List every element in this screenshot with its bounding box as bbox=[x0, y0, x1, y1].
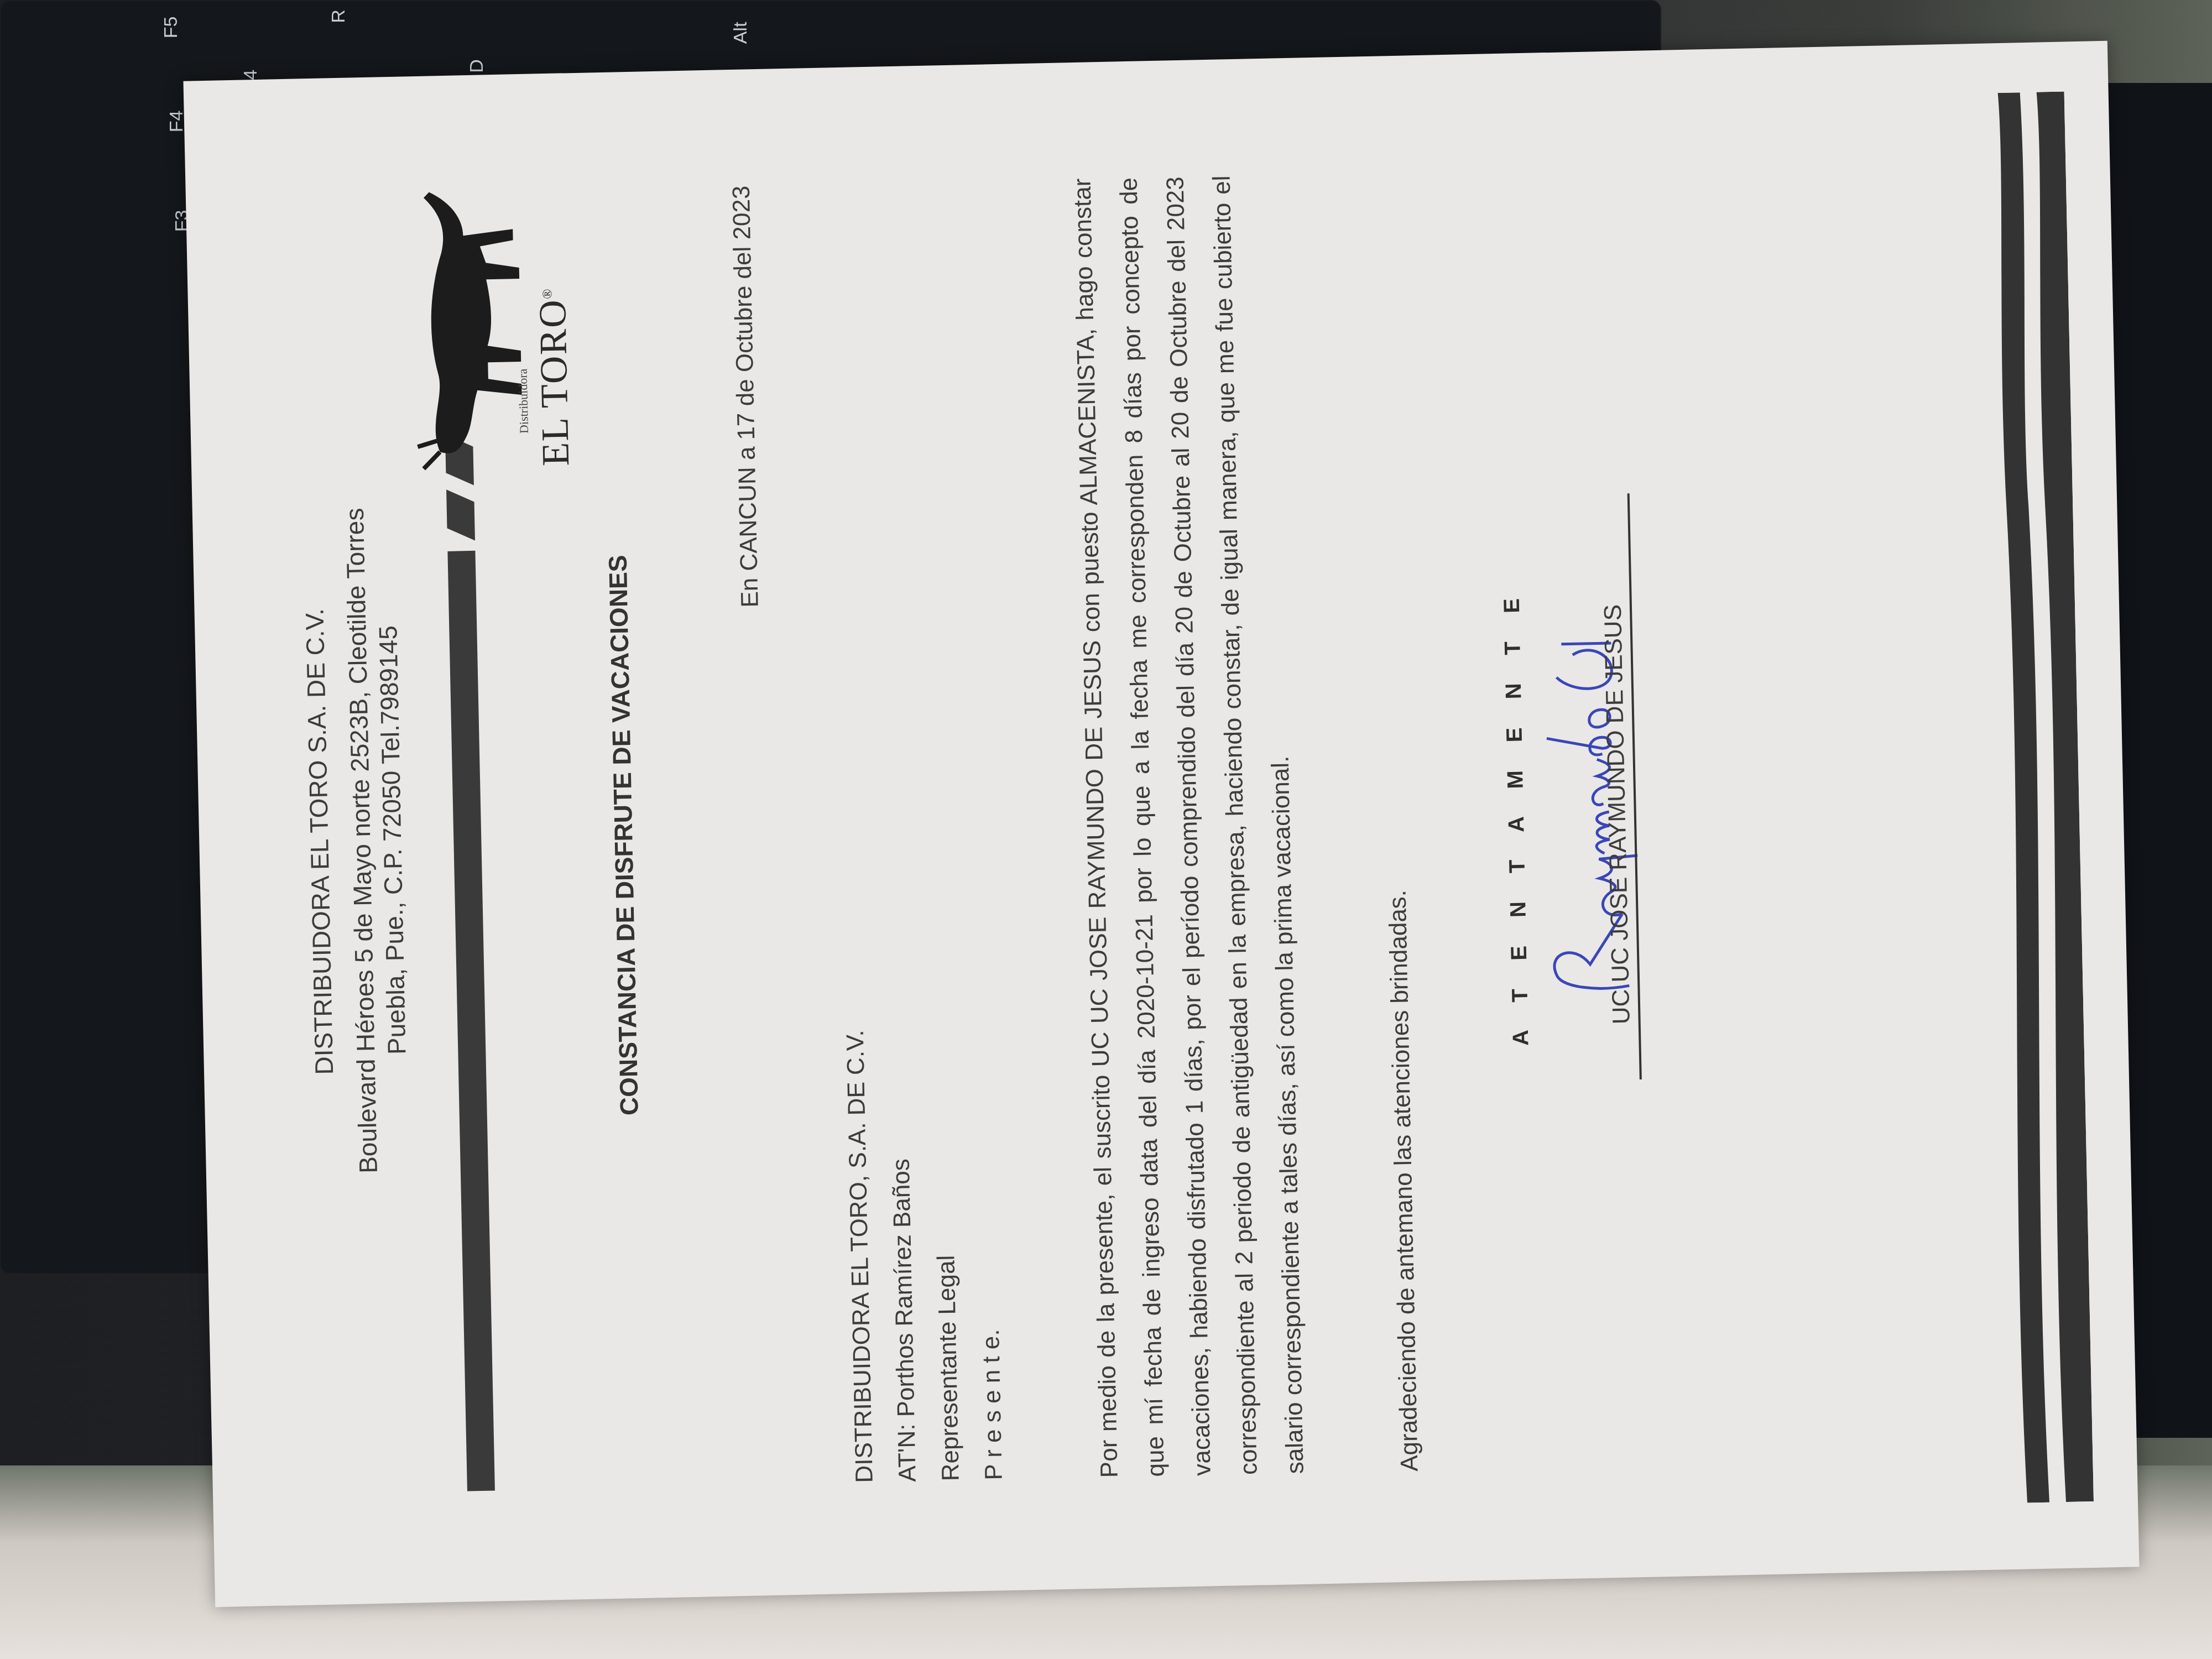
document-title: CONSTANCIA DE DISFRUTE DE VACACIONES bbox=[593, 88, 654, 1582]
document-paper: DISTRIBUIDORA EL TORO S.A. DE C.V. Boule… bbox=[183, 41, 2139, 1607]
key-alt: Alt bbox=[730, 22, 752, 44]
body-paragraph: Por medio de la presente, el suscrito UC… bbox=[1060, 174, 1319, 1478]
logo-subtext: Distribuidora bbox=[516, 368, 531, 434]
footer-swoosh bbox=[1987, 92, 2094, 1503]
key-f5: F5 bbox=[160, 17, 182, 39]
thanks-line: Agradeciendo de antemano las atenciones … bbox=[1384, 890, 1424, 1472]
key-r: R bbox=[328, 9, 349, 23]
document-page: DISTRIBUIDORA EL TORO S.A. DE C.V. Boule… bbox=[195, 58, 2128, 1590]
registered-mark: ® bbox=[540, 288, 555, 299]
header-bar-short-1 bbox=[446, 489, 475, 540]
place-date: En CANCUN a 17 de Octubre del 2023 bbox=[728, 185, 764, 608]
addressee-salutation: P r e s e n t e. bbox=[963, 1027, 1016, 1481]
logo-brand-text: EL TORO bbox=[531, 299, 577, 467]
key-d: D bbox=[466, 59, 488, 73]
header-bar-long bbox=[447, 551, 495, 1491]
logo-brand: EL TORO® bbox=[530, 287, 578, 466]
addressee-block: DISTRIBUIDORA EL TORO, S.A. DE C.V. AT'N… bbox=[834, 1027, 1016, 1483]
